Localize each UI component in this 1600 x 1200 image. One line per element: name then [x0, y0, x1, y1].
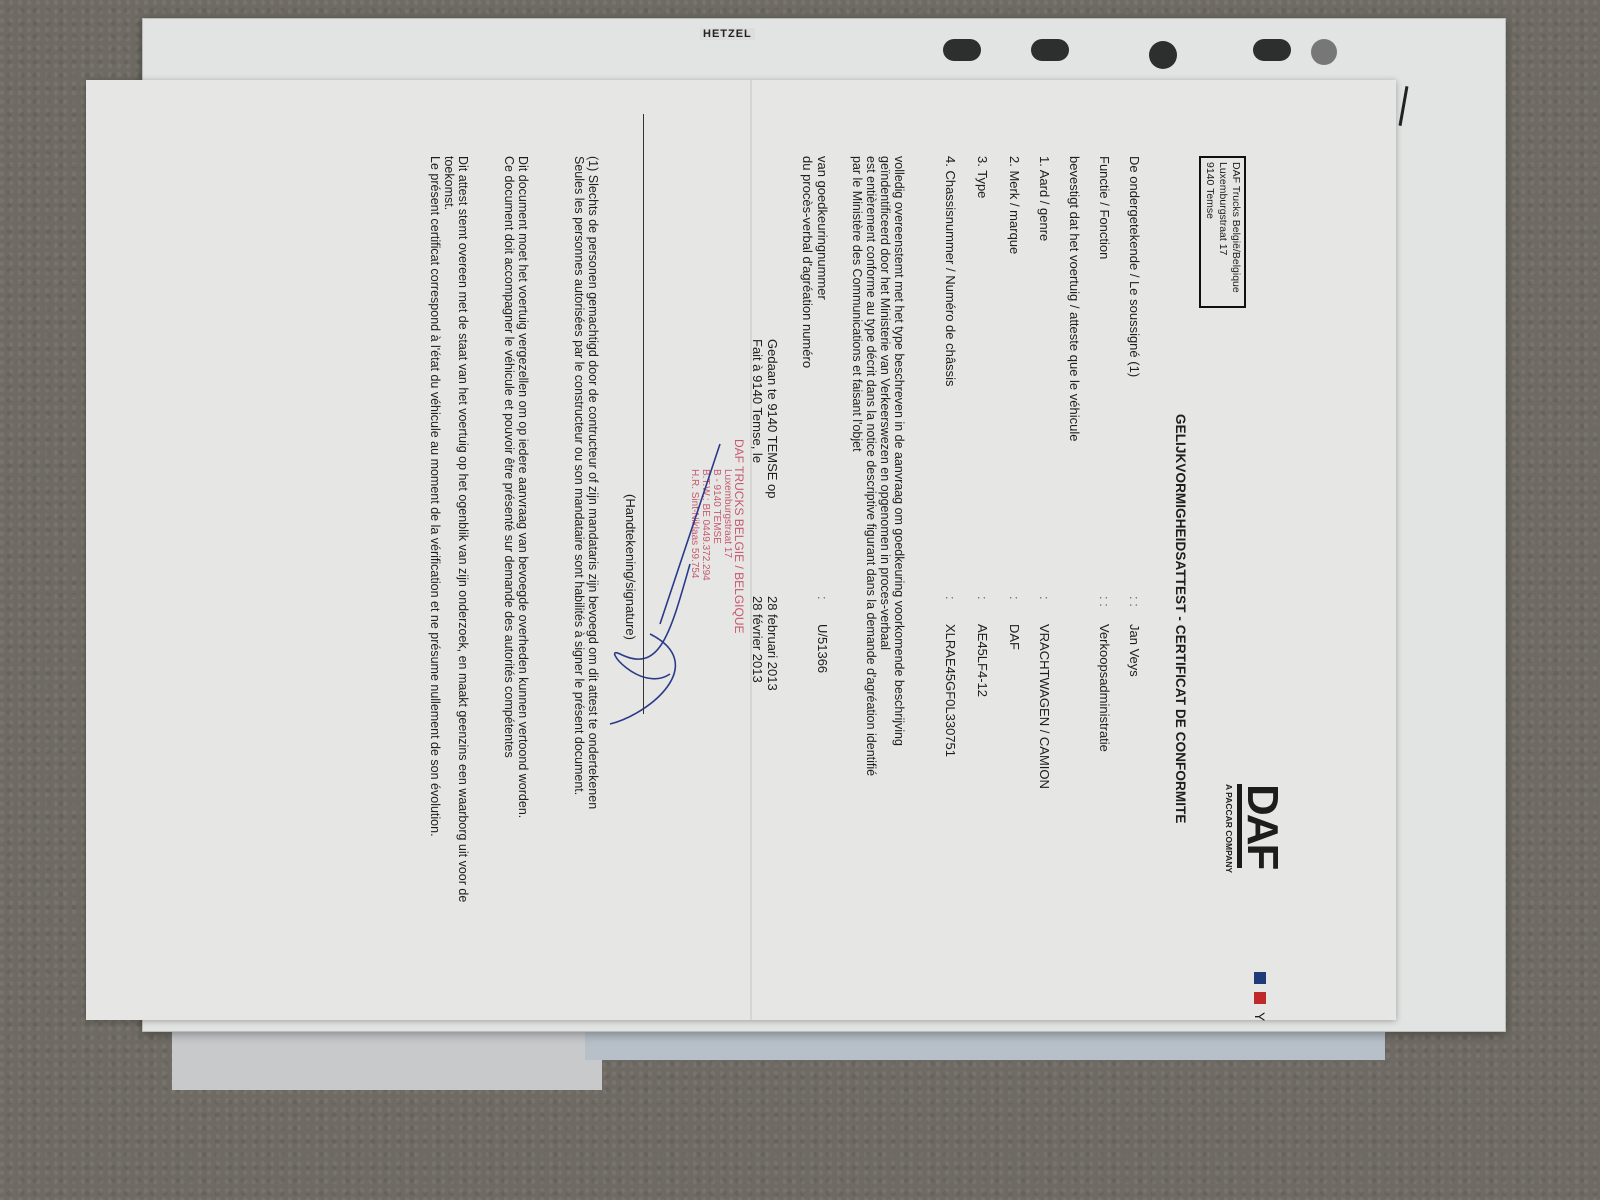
signature-line: [643, 114, 644, 714]
field-value: AE45LF4-12: [975, 624, 990, 697]
footnote-2: Dit document moet het voertuig vergezell…: [502, 156, 530, 916]
punch-hole: [1253, 39, 1291, 61]
field-label: Functie / Fonction: [1097, 156, 1112, 596]
colon: :: [1037, 596, 1052, 624]
place-date: Gedaan te 9140 TEMSE op Fait à 9140 Tems…: [750, 339, 780, 691]
address-line: Luxemburgstraat 17: [1216, 162, 1229, 302]
field-value: Verkoopsadministratie: [1097, 624, 1112, 752]
signature: [590, 434, 730, 754]
colon: :: [1007, 596, 1022, 624]
text-line: geïndentificeerd door het Ministerie van…: [878, 156, 892, 916]
field-label: 1. Aard / genre: [1037, 156, 1052, 596]
conformity-text: volledig overeenstemt met het type besch…: [850, 156, 906, 916]
field-row: 2. Merk / marque:DAF: [1007, 156, 1022, 650]
corner-marks: Y: [1252, 972, 1268, 1021]
field-label: bevestigt dat het voertuig / atteste que…: [1067, 156, 1082, 596]
colon: :: [815, 596, 830, 624]
field-label: De ondergetekende / Le soussigné (1): [1127, 156, 1142, 596]
field-row: bevestigt dat het voertuig / atteste que…: [1067, 156, 1082, 596]
field-row: 4. Chassisnummer / Numéro de châssis:XLR…: [943, 156, 958, 757]
field-row: De ondergetekende / Le soussigné (1): :J…: [1127, 156, 1142, 677]
text-line: est entièrement conforme au type décrit …: [864, 156, 878, 916]
footnote-line: Ce document doit accompagner le véhicule…: [502, 156, 516, 916]
field-label: 2. Merk / marque: [1007, 156, 1022, 596]
place-label-nl: Gedaan te 9140 TEMSE op: [765, 339, 780, 596]
logo-subtitle: A PACCAR COMPANY: [1224, 784, 1234, 904]
date-nl: 28 februari 2013: [765, 596, 780, 691]
footnote-line: (1) Slechts de personen gemachtigd door …: [586, 156, 600, 916]
binder-label: HETZEL: [700, 28, 755, 40]
date-fr: 28 février 2013: [750, 596, 765, 691]
corner-letter: Y: [1252, 1012, 1268, 1021]
red-square-icon: [1254, 992, 1266, 1004]
field-label: 3. Type: [975, 156, 990, 596]
address-line: 9140 Temse: [1203, 162, 1216, 302]
stamp-line: DAF TRUCKS BELGIE / BELGIQUE: [733, 439, 744, 634]
logo-wordmark: DAF: [1237, 784, 1282, 868]
colon: :: [975, 596, 990, 624]
address-line: DAF Trucks België/Belgique: [1229, 162, 1242, 302]
footnote-line: Dit attest stemt overeen met de staat va…: [442, 156, 470, 916]
punch-hole: [1149, 41, 1177, 69]
sender-address: DAF Trucks België/Belgique Luxemburgstra…: [1199, 156, 1246, 308]
field-value: Jan Veys: [1127, 624, 1142, 677]
signature-label: (Handtekening/signature): [623, 494, 638, 640]
text-line: par le Ministère des Communications et f…: [850, 156, 864, 916]
punch-hole: [943, 39, 981, 61]
text-line: volledig overeenstemt met het type besch…: [892, 156, 906, 916]
footnote-line: Seules les personnes autorisées par le c…: [572, 156, 586, 916]
approval-label-fr: du procès-verbal d'agréation numéro: [800, 156, 815, 596]
field-value: VRACHTWAGEN / CAMION: [1037, 624, 1052, 789]
field-label: 4. Chassisnummer / Numéro de châssis: [943, 156, 958, 596]
place-label-fr: Fait à 9140 Temse, le: [750, 339, 765, 596]
approval-number: van goedkeuringnummer du procès-verbal d…: [800, 156, 830, 673]
document-title: GELIJKVORMIGHEIDSATTEST - CERTIFICAT DE …: [1173, 414, 1188, 824]
field-row: Functie / Fonction: :Verkoopsadministrat…: [1097, 156, 1112, 752]
field-row: 1. Aard / genre:VRACHTWAGEN / CAMION: [1037, 156, 1052, 789]
approval-label-nl: van goedkeuringnummer: [815, 156, 830, 596]
blue-square-icon: [1254, 972, 1266, 984]
colon: : :: [1127, 596, 1142, 624]
footnote-3: Dit attest stemt overeen met de staat va…: [428, 156, 470, 916]
field-value: DAF: [1007, 624, 1022, 650]
field-row: 3. Type:AE45LF4-12: [975, 156, 990, 697]
footnote-1: (1) Slechts de personen gemachtigd door …: [572, 156, 600, 916]
footnote-line: Dit document moet het voertuig vergezell…: [516, 156, 530, 916]
punch-hole: [1031, 39, 1069, 61]
colon: :: [943, 596, 958, 624]
daf-logo: DAF A PACCAR COMPANY: [1224, 784, 1282, 904]
approval-value: U/51366: [815, 624, 830, 673]
punch-hole: [1311, 39, 1337, 65]
field-value: XLRAE45GF0L330751: [943, 624, 958, 757]
colon: : :: [1097, 596, 1112, 624]
certificate-document: DAF Trucks België/Belgique Luxemburgstra…: [210, 84, 1260, 1014]
footnote-line: Le présent certificat correspond à l'éta…: [428, 156, 442, 916]
